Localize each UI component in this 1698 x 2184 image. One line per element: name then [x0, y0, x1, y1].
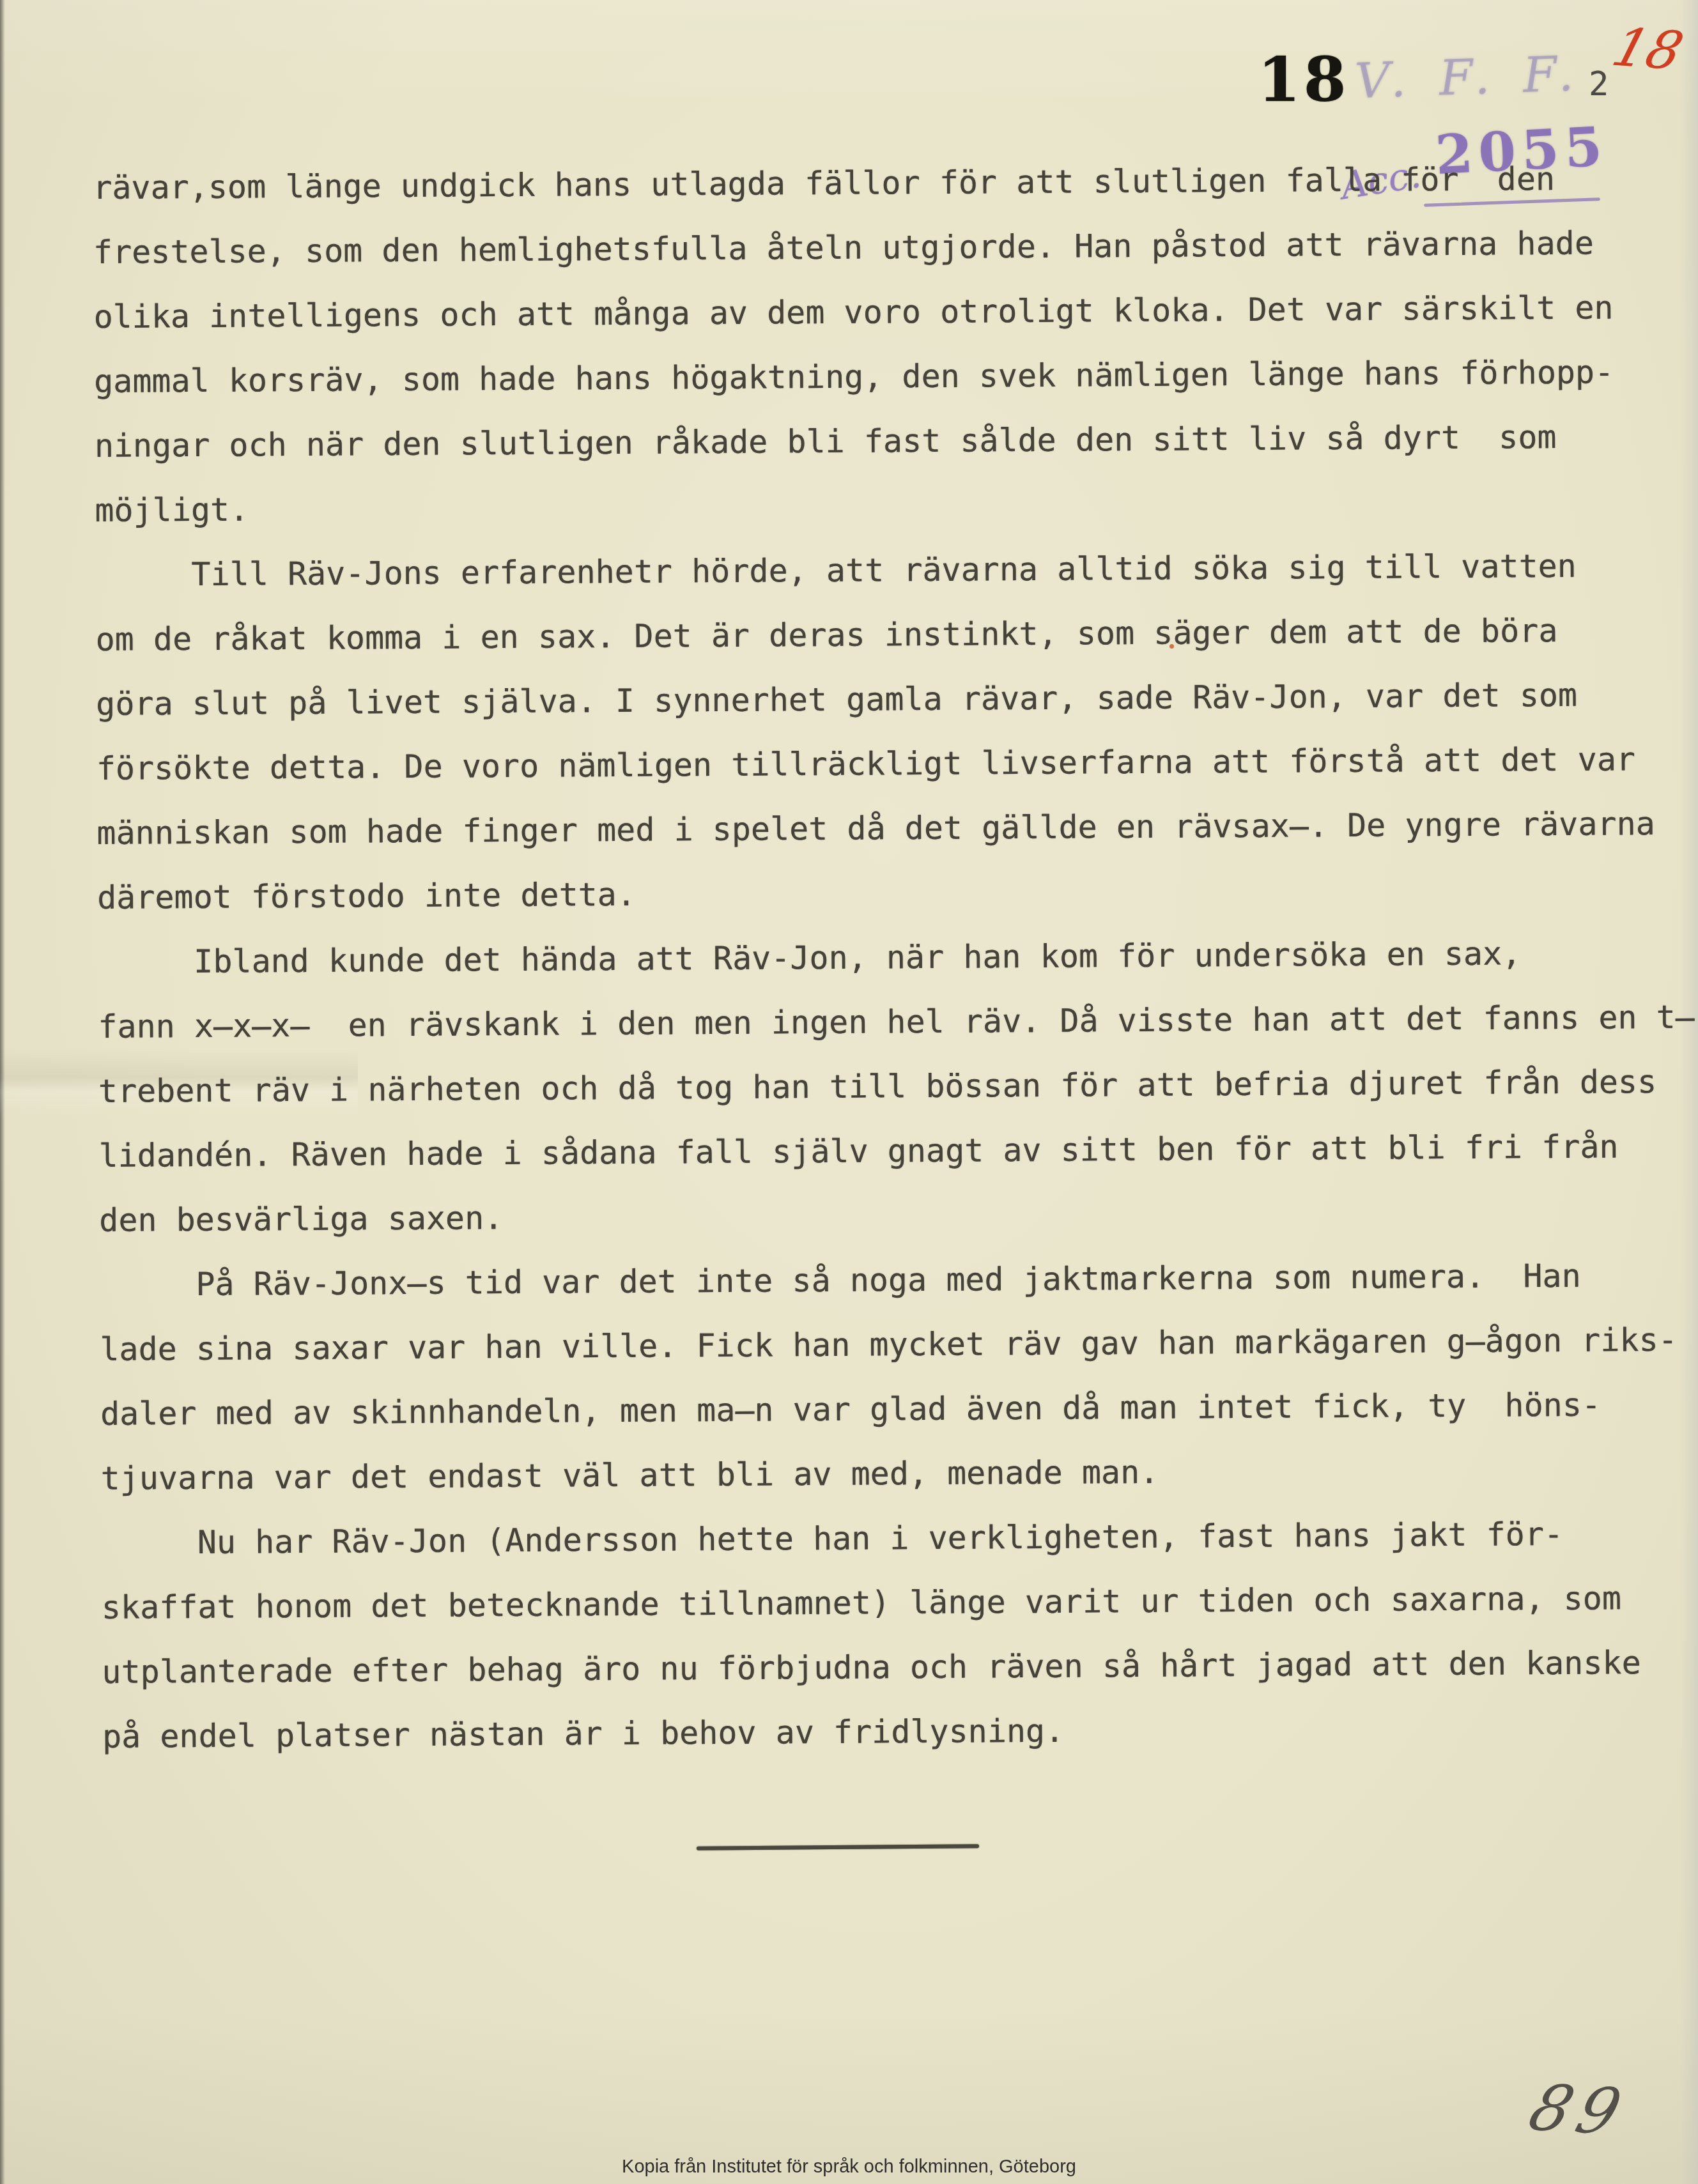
typed-line: frestelse, som den hemlighetsfulla åteln…: [93, 211, 1653, 285]
typed-line: möjligt.: [95, 469, 1655, 543]
typed-line: göra slut på livet själva. I synnerhet g…: [96, 663, 1656, 737]
typed-line: På Räv-Jonx̶s tid var det inte så noga m…: [99, 1243, 1659, 1318]
scan-edge-right-highlight: [1680, 0, 1698, 2184]
typed-line: fann x̶x̶x̶ en rävskank i den men ingen …: [98, 985, 1658, 1059]
handwritten-red-number: 18: [1606, 17, 1690, 82]
scanned-document-page: 18 V. F. F. 2 18 Acc. 2055 rävar,som län…: [0, 0, 1698, 2184]
typed-divider-line: [697, 1844, 979, 1850]
archive-copy-footer: Kopia från Institutet för språk och folk…: [0, 2157, 1698, 2178]
typed-line: utplanterade efter behag äro nu förbjudn…: [102, 1631, 1662, 1705]
typed-line: lidandén. Räven hade i sådana fall själv…: [98, 1114, 1658, 1188]
typed-line: den besvärliga saxen.: [99, 1179, 1659, 1253]
typed-page-number: 2: [1589, 65, 1609, 104]
typed-line: på endel platser nästan är i behov av fr…: [102, 1695, 1662, 1769]
typed-line: daler med av skinnhandeln, men ma̶n var …: [100, 1373, 1660, 1447]
typed-line: människan som hade finger med i spelet d…: [96, 792, 1656, 866]
typed-line: gammal korsräv, som hade hans högaktning…: [94, 340, 1654, 414]
typed-line: Ibland kunde det hända att Räv-Jon, när …: [97, 921, 1657, 995]
typed-line: lade sina saxar var han ville. Fick han …: [100, 1308, 1660, 1382]
typed-line: trebent räv i närheten och då tog han ti…: [98, 1050, 1658, 1124]
typed-text-block: rävar,som länge undgick hans utlagda fäl…: [93, 146, 1662, 1769]
typed-line: tjuvarna var det endast väl att bli av m…: [100, 1437, 1660, 1511]
typed-line: skaffat honom det betecknande tillnamnet…: [102, 1566, 1662, 1640]
handwritten-pencil-number: 89: [1521, 2072, 1637, 2149]
typed-line: om de råkat komma i en sax. Det är deras…: [95, 598, 1655, 672]
typed-line: olika intelligens och att många av dem v…: [93, 275, 1653, 350]
typed-line: däremot förstodo inte detta.: [97, 856, 1657, 930]
typed-line: Nu har Räv-Jon (Andersson hette han i ve…: [101, 1502, 1661, 1576]
typed-line: Till Räv-Jons erfarenhetr hörde, att räv…: [95, 534, 1655, 608]
typed-line: ningar och när den slutligen råkade bli …: [94, 404, 1654, 479]
vff-archive-stamp: V. F. F.: [1354, 45, 1584, 109]
ink-speck: [1169, 644, 1174, 649]
page-number-stamp: 18: [1258, 43, 1350, 116]
typed-line: rävar,som länge undgick hans utlagda fäl…: [93, 146, 1653, 220]
typed-line: försökte detta. De voro nämligen tillräc…: [96, 727, 1656, 801]
